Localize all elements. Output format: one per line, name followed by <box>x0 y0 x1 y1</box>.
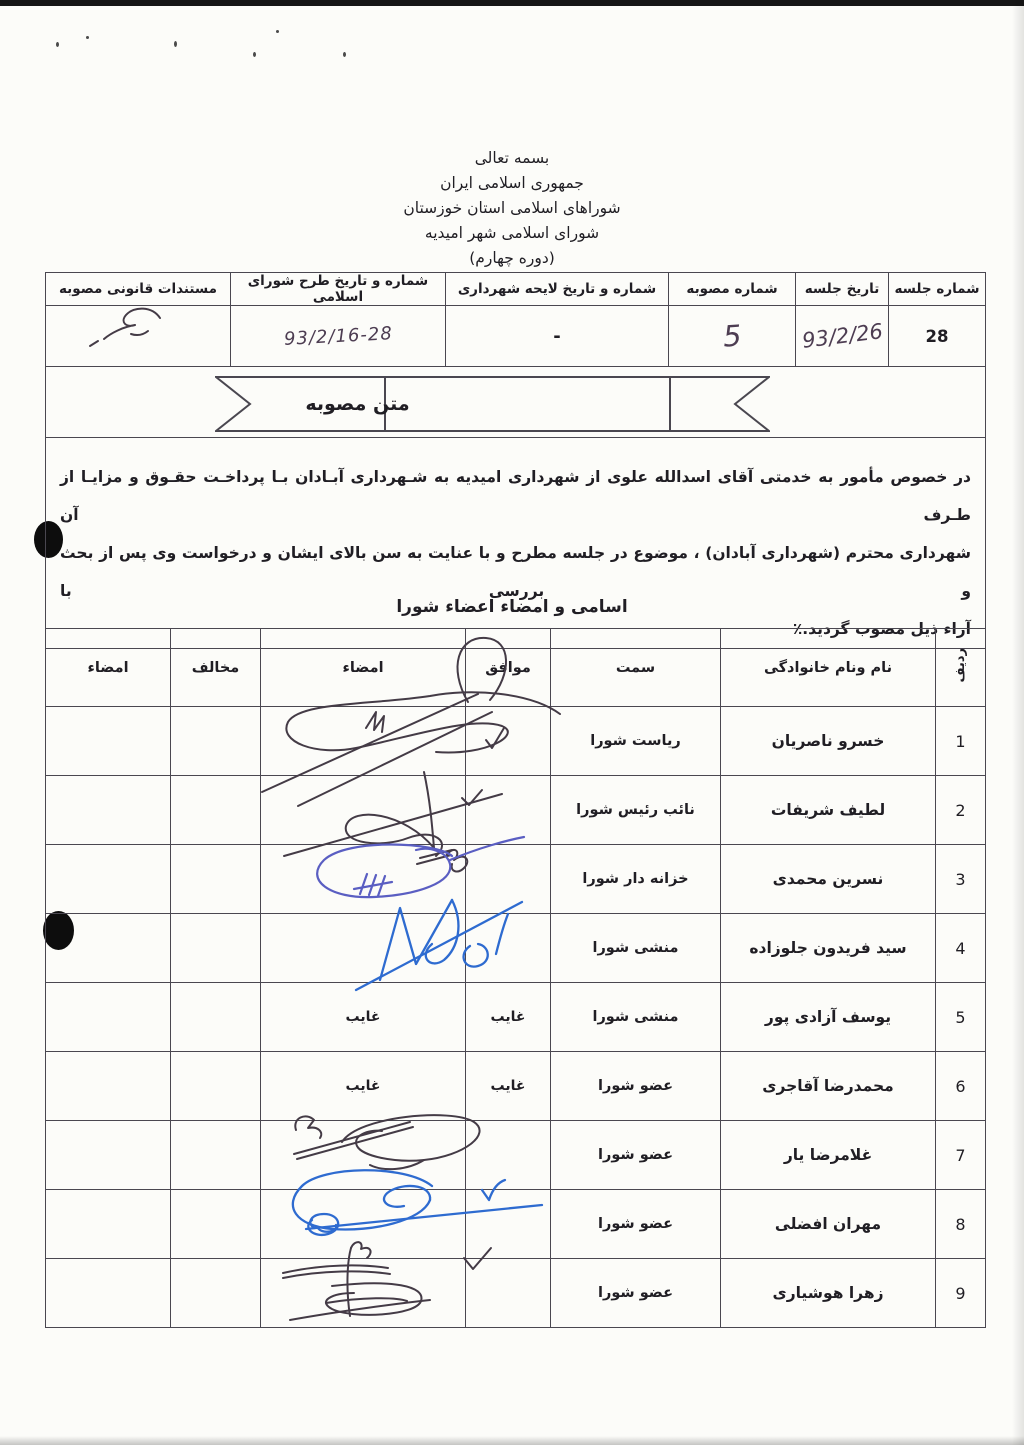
signature-cell: غایب <box>261 1052 466 1121</box>
agree-cell <box>466 707 551 776</box>
header-legal-docs: مستندات قانونی مصوبه <box>46 273 231 306</box>
info-values-row: 28 93/2/26 5 - 93/2/16-28 <box>46 306 986 367</box>
member-row: 2 لطیف شریفات نائب رئیس شورا <box>46 776 986 845</box>
agree-cell <box>466 1259 551 1328</box>
row-number-label: ردیف <box>953 648 968 683</box>
signature2-cell <box>46 914 171 983</box>
basmala: بسمه تعالی <box>0 146 1024 171</box>
member-position: ریاست شورا <box>551 707 721 776</box>
member-name: یوسف آزادی پور <box>721 983 936 1052</box>
signature-cell <box>261 707 466 776</box>
signature-cell <box>261 914 466 983</box>
oppose-cell <box>171 914 261 983</box>
header-council-plan: شماره و تاریخ طرح شورای اسلامی <box>231 273 446 306</box>
row-number: 5 <box>936 983 986 1052</box>
scan-bottom-edge <box>0 1436 1024 1445</box>
term-line: (دوره چهارم) <box>0 246 1024 271</box>
header-row-number: ردیف <box>936 629 986 707</box>
member-name: خسرو ناصریان <box>721 707 936 776</box>
paper-speck <box>174 41 177 47</box>
member-name: سید فریدون جلوزاده <box>721 914 936 983</box>
row-number: 4 <box>936 914 986 983</box>
scanned-council-resolution-page: بسمه تعالی جمهوری اسلامی ایران شوراهای ا… <box>0 0 1024 1445</box>
oppose-cell <box>171 1052 261 1121</box>
member-position: خزانه دار شورا <box>551 845 721 914</box>
member-position: عضو شورا <box>551 1259 721 1328</box>
signature-cell <box>261 776 466 845</box>
header-oppose: مخالف <box>171 629 261 707</box>
header-member-name: نام ونام خانوادگی <box>721 629 936 707</box>
member-position: منشی شورا <box>551 983 721 1052</box>
session-date-value: 93/2/26 <box>796 306 889 367</box>
member-row: 7 غلامرضا یار عضو شورا <box>46 1121 986 1190</box>
city-council-line: شورای اسلامی شهر امیدیه <box>0 221 1024 246</box>
agree-cell <box>466 1121 551 1190</box>
oppose-cell <box>171 1121 261 1190</box>
signature-cell <box>261 1121 466 1190</box>
paper-speck <box>253 52 256 57</box>
header-agree: موافق <box>466 629 551 707</box>
agree-cell <box>466 845 551 914</box>
council-plan-value: 93/2/16-28 <box>231 306 446 367</box>
member-row: 4 سید فریدون جلوزاده منشی شورا <box>46 914 986 983</box>
member-name: نسرین محمدی <box>721 845 936 914</box>
header-resolution-number: شماره مصوبه <box>669 273 796 306</box>
row-number: 3 <box>936 845 986 914</box>
member-name: مهران افضلی <box>721 1190 936 1259</box>
header-session-date: تاریخ جلسه <box>796 273 889 306</box>
member-name: محمدرضا آقاجری <box>721 1052 936 1121</box>
session-number-text: 28 <box>926 327 949 346</box>
signature-cell <box>261 1190 466 1259</box>
header-member-position: سمت <box>551 629 721 707</box>
agree-cell <box>466 1190 551 1259</box>
signature2-cell <box>46 845 171 914</box>
ribbon-title: متن مصوبه <box>215 376 500 432</box>
member-row: 8 مهران افضلی عضو شورا <box>46 1190 986 1259</box>
oppose-cell <box>171 1259 261 1328</box>
oppose-cell <box>171 776 261 845</box>
paper-speck <box>276 30 279 33</box>
row-number: 1 <box>936 707 986 776</box>
row-number: 2 <box>936 776 986 845</box>
oppose-cell <box>171 707 261 776</box>
member-row: 3 نسرین محمدی خزانه دار شورا <box>46 845 986 914</box>
member-position: نائب رئیس شورا <box>551 776 721 845</box>
agree-cell: غایب <box>466 983 551 1052</box>
scan-top-edge <box>0 0 1024 6</box>
row-number: 7 <box>936 1121 986 1190</box>
paper-speck <box>343 52 346 57</box>
info-header-row: شماره جلسه تاریخ جلسه شماره مصوبه شماره … <box>46 273 986 306</box>
member-name: زهرا هوشیاری <box>721 1259 936 1328</box>
member-name: لطیف شریفات <box>721 776 936 845</box>
row-number: 6 <box>936 1052 986 1121</box>
signature2-cell <box>46 776 171 845</box>
signature2-cell <box>46 1190 171 1259</box>
signature2-cell <box>46 1259 171 1328</box>
agree-cell <box>466 914 551 983</box>
member-row: 1 خسرو ناصریان ریاست شورا <box>46 707 986 776</box>
letterhead: بسمه تعالی جمهوری اسلامی ایران شوراهای ا… <box>0 146 1024 271</box>
province-council-line: شوراهای اسلامی استان خوزستان <box>0 196 1024 221</box>
header-municipality-bill: شماره و تاریخ لایحه شهرداری <box>446 273 669 306</box>
agree-cell <box>466 776 551 845</box>
resolution-info-table: شماره جلسه تاریخ جلسه شماره مصوبه شماره … <box>45 272 985 649</box>
signature-cell <box>261 845 466 914</box>
oppose-cell <box>171 983 261 1052</box>
members-header-row: ردیف نام ونام خانوادگی سمت موافق امضاء م… <box>46 629 986 707</box>
member-row: 9 زهرا هوشیاری عضو شورا <box>46 1259 986 1328</box>
resolution-number-value: 5 <box>669 306 796 367</box>
member-position: عضو شورا <box>551 1052 721 1121</box>
members-section-title: اسامی و امضاء اعضاء شورا <box>0 597 1024 617</box>
bill-dash: - <box>553 326 560 347</box>
oppose-cell <box>171 845 261 914</box>
paper-speck <box>86 36 89 39</box>
members-table: ردیف نام ونام خانوادگی سمت موافق امضاء م… <box>45 628 985 1328</box>
handwritten-resolution-number: 5 <box>722 318 743 353</box>
row-number: 8 <box>936 1190 986 1259</box>
header-session-number: شماره جلسه <box>889 273 986 306</box>
signature2-cell <box>46 983 171 1052</box>
signature2-cell <box>46 707 171 776</box>
signature2-cell <box>46 1121 171 1190</box>
header-signature-2: امضاء <box>46 629 171 707</box>
oppose-cell <box>171 1190 261 1259</box>
row-number: 9 <box>936 1259 986 1328</box>
member-position: منشی شورا <box>551 914 721 983</box>
session-number-value: 28 <box>889 306 986 367</box>
member-row: 6 محمدرضا آقاجری عضو شورا غایب غایب <box>46 1052 986 1121</box>
signature2-cell <box>46 1052 171 1121</box>
paper-speck <box>56 42 59 47</box>
member-position: عضو شورا <box>551 1121 721 1190</box>
member-name: غلامرضا یار <box>721 1121 936 1190</box>
handwritten-session-date: 93/2/26 <box>800 319 883 353</box>
signature-cell: غایب <box>261 983 466 1052</box>
legal-docs-value <box>46 306 231 367</box>
member-position: عضو شورا <box>551 1190 721 1259</box>
scan-right-edge <box>1012 0 1024 1445</box>
country-line: جمهوری اسلامی ایران <box>0 171 1024 196</box>
signature-cell <box>261 1259 466 1328</box>
agree-cell: غایب <box>466 1052 551 1121</box>
member-row: 5 یوسف آزادی پور منشی شورا غایب غایب <box>46 983 986 1052</box>
handwritten-council-plan: 93/2/16-28 <box>283 323 393 350</box>
header-signature: امضاء <box>261 629 466 707</box>
resolution-line-1: در خصوص مأمور به خدمتی آقای اسدالله علوی… <box>60 458 971 534</box>
municipality-bill-value: - <box>446 306 669 367</box>
